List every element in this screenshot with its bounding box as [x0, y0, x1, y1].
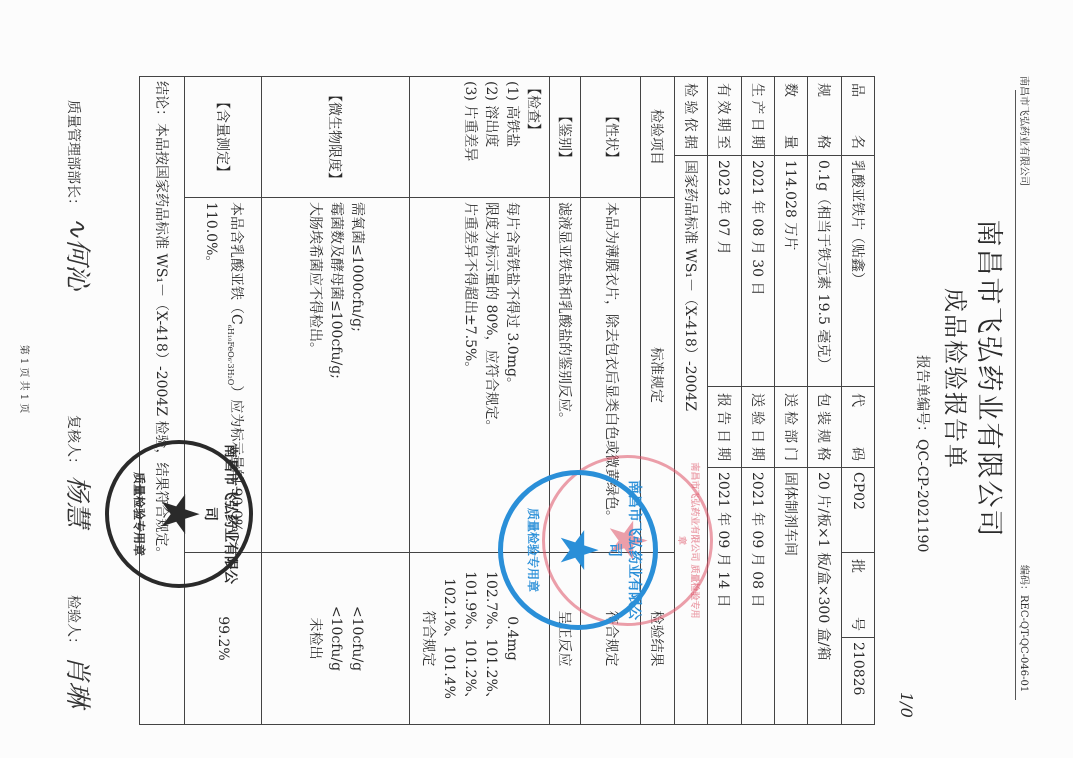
col-header-item: 检验项目 — [641, 77, 675, 198]
value-report-date: 2021 年 09 月 14 日 — [708, 468, 742, 725]
test-item: 【检查】 (1) 高铁盐 (2) 溶出度 (3) 片重差异 — [410, 77, 550, 198]
label-mfg-date: 生产日期 — [742, 77, 775, 156]
inspector-label: 检验人： — [65, 595, 81, 651]
value-product-name: 乳酸亚铁片（贴鑫） — [842, 156, 875, 387]
row-quantity: 数量 114.028 万片 送检部门 固体制剂车间 — [775, 77, 808, 725]
form-code: 编码：REC-QT-QC-046-01 — [1018, 565, 1033, 692]
tests-header-row: 检验项目 标准规定 检验结果 — [641, 77, 675, 725]
inspector-sign: 肖琳 — [62, 655, 92, 707]
test-row-checks: 【检查】 (1) 高铁盐 (2) 溶出度 (3) 片重差异 每片含高铁盐不得过 … — [410, 77, 550, 725]
value-dept: 固体制剂车间 — [775, 468, 808, 725]
label-package: 包装规格 — [808, 387, 842, 468]
test-item: 【微生物限度】 — [262, 77, 410, 198]
header-divider — [1015, 90, 1016, 700]
test-row-microbial: 【微生物限度】 需氧菌≤1000cfu/g; 霉菌数及酵母菌≤100cfu/g;… — [262, 77, 410, 725]
value-spec: 0.1g（相当于铁元素 19.5 毫克） — [808, 156, 842, 387]
row-product-name: 品名 乳酸亚铁片（贴鑫） 代码 CP02 批号 210826 — [842, 77, 875, 725]
assay-formula: ₆H₁₀FeO₆·3H₂O — [227, 325, 236, 386]
conclusion: 结论：本品按国家药品标准 WS₁－（X-418）-2004Z 检验，结果符合规定… — [140, 77, 185, 725]
label-expiry: 有效期至 — [708, 77, 742, 156]
value-mfg-date: 2021 年 08 月 30 日 — [742, 156, 775, 387]
value-basis: 国家药品标准 WS₁－（X-418）-2004Z — [675, 156, 708, 725]
handwritten-mark: 1/0 — [897, 692, 916, 718]
value-package: 20 片/板×1 板/盒×300 盒/箱 — [808, 468, 842, 725]
test-item: 【含量测定】 — [185, 77, 262, 198]
seal-star-icon: ★ — [153, 491, 205, 538]
value-expiry: 2023 年 07 月 — [708, 156, 742, 387]
red-seal-text: 南昌市飞弘药业有限公司 质量检验专用章 — [676, 458, 702, 623]
assay-text-pre: 本品含乳酸亚铁（C — [228, 202, 244, 325]
report-number: 报告单编号：QC-CP-2021190 — [913, 355, 933, 552]
test-result: <10cfu/g <10cfu/g 未检出 — [262, 553, 410, 725]
inspector-signature: 检验人： 肖琳 — [61, 595, 98, 707]
seal-star-icon: ★ — [552, 527, 604, 574]
test-item: 【鉴别】 — [550, 77, 581, 198]
inspection-report-page: 南昌市飞弘药业有限公司 编码：REC-QT-QC-046-01 南昌市飞弘药业有… — [0, 0, 1073, 758]
qa-head-signature: 质量管理部部长： ∿何沁 — [61, 100, 98, 290]
value-sent-date: 2021 年 09 月 08 日 — [742, 468, 775, 725]
row-expiry: 有效期至 2023 年 07 月 报告日期 2021 年 09 月 14 日 — [708, 77, 742, 725]
blue-seal-stamp: 南昌市飞弘药业有限公司 ★ 质量检验专用章 — [498, 470, 658, 630]
black-seal-bottom-text: 质量检验专用章 — [131, 444, 148, 584]
reviewer-label: 复核人： — [65, 415, 81, 471]
black-seal-stamp: 南昌市飞弘药业有限公司 ★ 质量检验专用章 — [105, 440, 253, 588]
black-seal-ring-text: 南昌市飞弘药业有限公司 — [201, 444, 241, 584]
label-basis: 检验依据 — [675, 77, 708, 156]
blue-seal-ring-text: 南昌市飞弘药业有限公司 — [605, 475, 645, 625]
label-batch: 批号 — [842, 553, 875, 638]
test-row-assay: 【含量测定】 本品含乳酸亚铁（C₆H₁₀FeO₆·3H₂O）应为标示量的 90.… — [185, 77, 262, 725]
value-quantity: 114.028 万片 — [775, 156, 808, 387]
reviewer-signature: 复核人： 杨慧 — [61, 415, 98, 527]
label-dept: 送检部门 — [775, 387, 808, 468]
blue-seal-bottom-text: 质量检验专用章 — [525, 475, 542, 625]
test-item: 【性状】 — [581, 77, 641, 198]
qa-head-label: 质量管理部部长： — [65, 100, 81, 212]
label-code: 代码 — [842, 387, 875, 468]
page-indicator: 第 1 页 共 1 页 — [18, 0, 33, 758]
label-product-name: 品名 — [842, 77, 875, 156]
label-report-date: 报告日期 — [708, 387, 742, 468]
value-batch: 210826 — [842, 638, 875, 725]
company-title: 南昌市飞弘药业有限公司 — [972, 0, 1011, 758]
test-standard: 需氧菌≤1000cfu/g; 霉菌数及酵母菌≤100cfu/g; 大肠埃希菌应不… — [262, 198, 410, 553]
document-title: 成品检验报告单 — [940, 0, 975, 758]
report-table: 品名 乳酸亚铁片（贴鑫） 代码 CP02 批号 210826 规格 0.1g（相… — [139, 76, 875, 725]
row-spec: 规格 0.1g（相当于铁元素 19.5 毫克） 包装规格 20 片/板×1 板/… — [808, 77, 842, 725]
label-spec: 规格 — [808, 77, 842, 156]
reviewer-sign: 杨慧 — [62, 475, 92, 527]
company-name-small: 南昌市飞弘药业有限公司 — [1018, 76, 1033, 186]
qa-head-sign: ∿何沁 — [62, 216, 92, 290]
value-code: CP02 — [842, 468, 875, 553]
conclusion-row: 结论：本品按国家药品标准 WS₁－（X-418）-2004Z 检验，结果符合规定… — [140, 77, 185, 725]
row-basis: 检验依据 国家药品标准 WS₁－（X-418）-2004Z — [675, 77, 708, 725]
row-mfg-date: 生产日期 2021 年 08 月 30 日 送验日期 2021 年 09 月 0… — [742, 77, 775, 725]
label-quantity: 数量 — [775, 77, 808, 156]
label-sent-date: 送验日期 — [742, 387, 775, 468]
